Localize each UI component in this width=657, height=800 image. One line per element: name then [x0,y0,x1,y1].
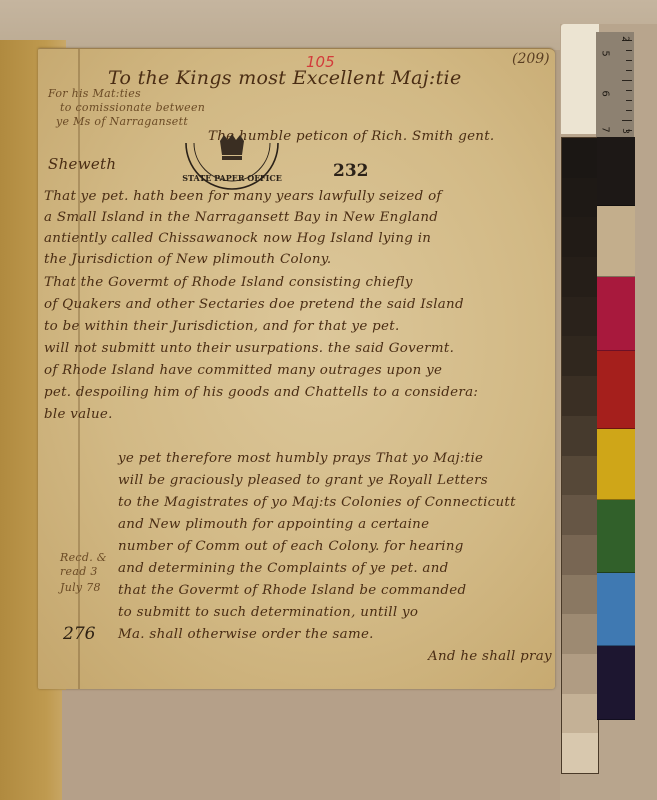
crown-stamp-icon: STATE PAPER OFFICE [182,133,282,195]
gray-patch [562,456,598,496]
endorsement-line: For his Mat:ties [48,87,141,100]
gray-patch [562,138,598,178]
body-line: will not submitt unto their usurpations.… [44,341,454,356]
mount-board [62,690,562,800]
gray-patch [562,416,598,456]
body-line: to be within their Jurisdiction, and for… [44,319,400,334]
gray-patch [562,575,598,615]
ruler-side-number: 3 [620,128,630,134]
gray-patch [562,733,598,773]
svg-text:STATE PAPER OFFICE: STATE PAPER OFFICE [182,173,282,183]
gray-patch [562,694,598,734]
color-patch-navy [597,646,635,720]
prayer-line: and New plimouth for appointing a certai… [118,517,429,532]
stamp-number: 232 [333,161,369,181]
color-patch-white [597,206,635,277]
state-paper-office-stamp: STATE PAPER OFFICE [182,133,282,195]
gray-patch [562,217,598,257]
color-patch-cyan [597,573,635,646]
gray-patch [562,178,598,218]
body-line: ble value. [44,407,113,422]
measurement-ruler: 5 6 7 2 3 [596,32,634,138]
color-patch-magenta [597,277,635,351]
prayer-line: to the Magistrates of yo Maj:ts Colonies… [118,495,516,510]
prayer-line: Ma. shall otherwise order the same. [118,627,374,642]
salutation: Sheweth [48,155,116,173]
body-line: That the Govermt of Rhode Island consist… [44,275,413,290]
prayer-line: to submitt to such determination, untill… [118,605,418,620]
ruler-side-number: 2 [620,36,630,42]
scan-backdrop-top [0,0,657,50]
received-note: July 78 [60,581,101,594]
body-line: a Small Island in the Narragansett Bay i… [44,210,438,225]
gray-patch [562,535,598,575]
closing-line: And he shall pray [428,649,552,664]
ruler-number: 5 [600,50,611,56]
body-line: antiently called Chissawanock now Hog Is… [44,231,431,246]
gray-patch [562,257,598,297]
bottom-number: 276 [63,624,95,644]
petition-heading: To the Kings most Excellent Maj:tie [108,67,461,89]
color-patch-yellow [597,429,635,500]
color-patch-red [597,351,635,429]
body-line: of Quakers and other Sectaries doe prete… [44,297,464,312]
received-note: Recd. & [60,551,107,564]
prayer-line: that the Govermt of Rhode Island be comm… [118,583,466,598]
gray-patch [562,336,598,376]
body-line: pet. despoiling him of his goods and Cha… [44,385,478,400]
gray-patch [562,654,598,694]
body-line: the Jurisdiction of New plimouth Colony. [44,252,331,267]
gray-patch [562,614,598,654]
color-patch-strip [597,137,635,773]
received-note: read 3 [60,565,98,578]
prayer-line: ye pet therefore most humbly prays That … [118,451,483,466]
color-patch-black [597,137,635,206]
endorsement-line: to comissionate between [60,101,205,114]
color-patch-green [597,500,635,573]
endorsement-line: ye Ms of Narragansett [56,115,188,128]
gray-patch [562,376,598,416]
folio-number-pencil: (209) [512,51,550,67]
calibration-white-field [561,24,599,134]
prayer-line: will be graciously pleased to grant ye R… [118,473,488,488]
gray-patch [562,297,598,337]
gray-patch [562,495,598,535]
ruler-number: 6 [600,90,611,96]
ruler-number: 7 [600,126,611,132]
manuscript-page: 105 (209) To the Kings most Excellent Ma… [38,48,555,689]
grayscale-strip [561,137,599,774]
prayer-line: and determining the Complaints of ye pet… [118,561,449,576]
prayer-line: number of Comm out of each Colony. for h… [118,539,464,554]
body-line: of Rhode Island have committed many outr… [44,363,442,378]
body-line: That ye pet. hath been for many years la… [44,189,442,204]
